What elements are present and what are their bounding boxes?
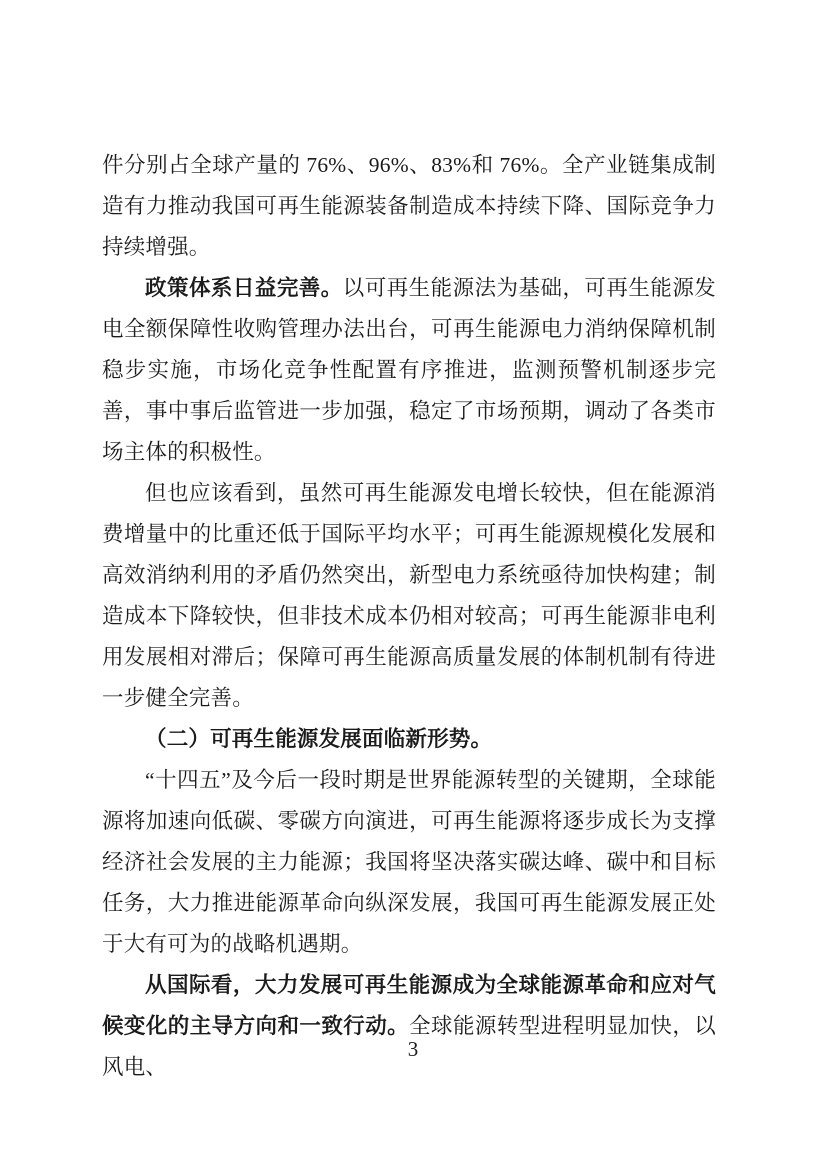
document-page: 件分别占全球产量的 76%、96%、83%和 76%。全产业链集成制造有力推动我…	[0, 0, 826, 1169]
section-heading-text: （二）可再生能源发展面临新形势。	[145, 727, 492, 751]
paragraph-international-view: 从国际看，大力发展可再生能源成为全球能源革命和应对气候变化的主导方向和一致行动。…	[102, 965, 716, 1088]
paragraph-industry-chain: 件分别占全球产量的 76%、96%、83%和 76%。全产业链集成制造有力推动我…	[102, 145, 716, 268]
paragraph-text: 件分别占全球产量的 76%、96%、83%和 76%。全产业链集成制造有力推动我…	[102, 153, 716, 259]
paragraph-14th-five-year-outlook: “十四五”及今后一段时期是世界能源转型的关键期，全球能源将加速向低碳、零碳方向演…	[102, 760, 716, 965]
paragraph-challenges: 但也应该看到，虽然可再生能源发电增长较快，但在能源消费增量中的比重还低于国际平均…	[102, 473, 716, 719]
page-body-text: 件分别占全球产量的 76%、96%、83%和 76%。全产业链集成制造有力推动我…	[102, 145, 716, 1088]
paragraph-lead-emphasis: 政策体系日益完善。	[145, 276, 343, 300]
page-number: 3	[408, 1037, 419, 1061]
paragraph-text: 但也应该看到，虽然可再生能源发电增长较快，但在能源消费增量中的比重还低于国际平均…	[102, 481, 716, 710]
paragraph-text: 以可再生能源法为基础，可再生能源发电全额保障性收购管理办法出台，可再生能源电力消…	[102, 276, 716, 464]
paragraph-text: “十四五”及今后一段时期是世界能源转型的关键期，全球能源将加速向低碳、零碳方向演…	[102, 768, 716, 956]
section-heading-new-situation: （二）可再生能源发展面临新形势。	[102, 719, 716, 760]
page-footer: 3	[0, 1036, 826, 1062]
paragraph-policy-system: 政策体系日益完善。以可再生能源法为基础，可再生能源发电全额保障性收购管理办法出台…	[102, 268, 716, 473]
